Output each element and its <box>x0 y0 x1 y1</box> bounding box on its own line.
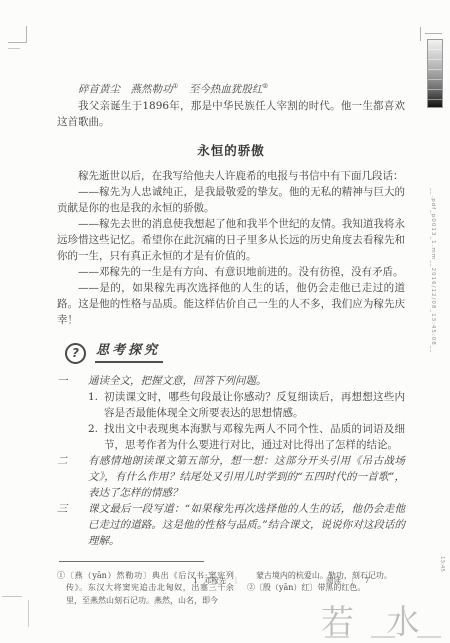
question-2-stem: 有感情地朗读课文第五部分，想一想：这部分开头引用《吊古战场文》，有什么作用？结尾… <box>88 453 405 501</box>
explore-title: 思考探究 <box>95 343 163 363</box>
question-1-sub-2: 2. 找出文中表现奥本海默与邓稼先两人不同个性、品质的词语及细节，思考作者为什么… <box>88 421 405 453</box>
footer-section-label: 阅读 <box>326 575 341 586</box>
crop-mark-bottom-left-vert <box>28 600 29 627</box>
page-number: 7 <box>365 576 370 585</box>
sub-1-number: 1. <box>88 389 101 421</box>
crop-mark-bottom-left <box>2 596 22 597</box>
question-1-stem: 通读全文，把握文意，回答下列问题。 <box>88 373 405 389</box>
question-2: 二 有感情地朗读课文第五部分，想一想：这部分开头引用《吊古战场文》，有什么作用？… <box>57 453 405 501</box>
edge-gradient-strip <box>427 39 443 108</box>
question-2-number: 二 <box>57 453 75 501</box>
question-mark-icon: ? <box>65 343 86 364</box>
footer-lesson: 1 邓稼先 ｜ <box>193 575 240 586</box>
footnote-divider <box>59 561 204 562</box>
crop-mark-top-left-2 <box>8 48 20 49</box>
question-3-number: 三 <box>57 501 75 549</box>
footer-divider-left: ｜ <box>232 575 240 586</box>
intro-paragraph: 我父亲诞生于1896年，那是中华民族任人宰割的时代。他一生都喜欢这首歌曲。 <box>57 98 405 130</box>
sub-2-number: 2. <box>88 421 101 453</box>
question-1-sub-1: 1. 初读课文时，哪些句段最让你感动？反复细读后，再想想这些内容是否最能体现全文… <box>88 389 405 421</box>
textbook-page: __.pdf_p0013_1.mm__2016/12/08_13:45:08__… <box>0 0 450 643</box>
watermark-subtext-marks <box>325 636 441 638</box>
question-1-body: 通读全文，把握文意，回答下列问题。 1. 初读课文时，哪些句段最让你感动？反复细… <box>88 373 405 453</box>
lesson-number: 1 <box>193 576 198 585</box>
question-1-number: 一 <box>57 373 75 453</box>
sub-1-text: 初读课文时，哪些句段最让你感动？反复细读后，再想想这些内容是否最能体现全文所要表… <box>104 389 405 421</box>
sub-2-text: 找出文中表现奥本海默与邓稼先两人不同个性、品质的词语及细节，思考作者为什么要进行… <box>104 421 405 453</box>
crop-mark-top-left <box>8 42 26 43</box>
body-paragraph-5: ——是的，如果稼先再次选择他的人生的话，他仍会走他已走过的道路。这是他的性格与品… <box>57 280 405 328</box>
question-3-stem: 课文最后一段写道：“如果稼先再次选择他的人生的话，他仍会走他已走过的道路。这是他… <box>88 501 405 549</box>
explore-section-header: ? 思考探究 <box>65 343 405 364</box>
crop-mark-top-left-vert <box>26 26 27 43</box>
question-3: 三 课文最后一段写道：“如果稼先再次选择他的人生的话，他仍会走他已走过的道路。这… <box>57 501 405 549</box>
footer-divider-right: ｜ <box>349 575 357 586</box>
body-paragraph-2: ——稼先为人忠诚纯正，是我最敬爱的挚友。他的无私的精神与巨大的贡献是你的也是我的… <box>57 184 405 216</box>
body-paragraph-4: ——邓稼先的一生是有方向、有意识地前进的。没有彷徨，没有矛盾。 <box>57 264 405 280</box>
body-paragraph-3: ——稼先去世的消息使我想起了他和我半个世纪的友情。我知道我将永远珍惜这些记忆。希… <box>57 216 405 264</box>
lesson-title: 邓稼先 <box>204 575 227 586</box>
epigraph-part1: 碎首黄尘 燕然勒功 <box>78 84 173 96</box>
body-paragraph-1: 稼先逝世以后，在我写给他夫人许鹿希的电报与书信中有下面几段话： <box>57 168 405 184</box>
question-1: 一 通读全文，把握文意，回答下列问题。 1. 初读课文时，哪些句段最让你感动？反… <box>57 373 405 453</box>
section-heading: 永恒的骄傲 <box>57 143 405 159</box>
crop-mark-top-right <box>425 33 442 34</box>
edge-vertical-text: __.pdf_p0013_1.mm__2016/12/08_13:45:08__ <box>430 188 436 466</box>
crop-mark-top-right-vert <box>420 27 421 41</box>
epigraph-part2: 至今热血犹殷红 <box>178 84 262 96</box>
footer-page-info: 阅读 ｜ 7 <box>326 575 369 586</box>
footnote-ref-2: ② <box>262 82 268 90</box>
main-text-column: 碎首黄尘 燕然勒功① 至今热血犹殷红② 我父亲诞生于1896年，那是中华民族任人… <box>57 78 405 607</box>
song-epigraph: 碎首黄尘 燕然勒功① 至今热血犹殷红② <box>57 78 405 98</box>
